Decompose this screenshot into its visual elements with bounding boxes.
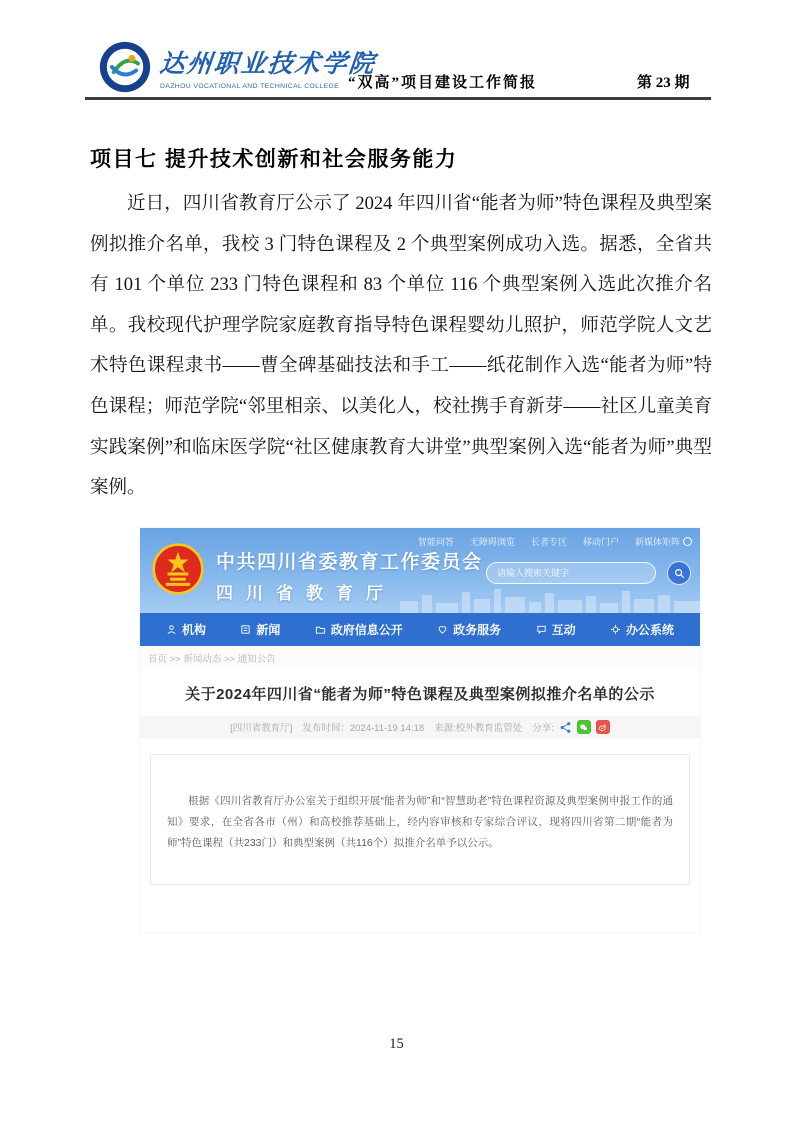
search-icon	[674, 568, 685, 579]
breadcrumb[interactable]: 首页 >> 新闻动态 >> 通知公告	[140, 646, 700, 670]
meta-origin: 来源:校外教育监管处	[434, 720, 522, 734]
site-top-links: 智能问答 无障碍浏览 长者专区 移动门户 新媒体矩阵	[418, 535, 692, 548]
nav-label: 新闻	[256, 621, 280, 638]
nav-label: 互动	[552, 621, 576, 638]
page-number: 15	[0, 1036, 793, 1053]
chat-bubble-icon	[536, 624, 547, 635]
nav-item-organization[interactable]: 机构	[166, 621, 206, 638]
nav-label: 办公系统	[626, 621, 674, 638]
site-nav-bar: 机构 新闻 政府信息公开 政务服务 互动 办公系统	[140, 613, 700, 646]
share-icon[interactable]	[559, 721, 572, 734]
city-skyline-graphic	[400, 587, 700, 613]
folder-icon	[315, 624, 326, 635]
site-header: 中共四川省委教育工作委员会 四川省教育厅 智能问答 无障碍浏览 长者专区 移动门…	[140, 528, 700, 613]
issue-number: 第 23 期	[637, 71, 690, 92]
top-link-accessibility[interactable]: 无障碍浏览	[470, 535, 515, 548]
college-brand: 达州职业技术学院 DAZHOU VOCATIONAL AND TECHNICAL…	[160, 44, 376, 90]
top-link-mobile-portal[interactable]: 移动门户	[583, 535, 619, 548]
section-title: 项目七 提升技术创新和社会服务能力	[90, 143, 457, 173]
gear-icon	[610, 624, 621, 635]
nav-label: 政务服务	[453, 621, 501, 638]
search-button[interactable]	[667, 561, 691, 585]
national-emblem-icon	[152, 543, 204, 595]
section-body-text: 近日，四川省教育厅公示了 2024 年四川省“能者为师”特色课程及典型案例拟推介…	[90, 184, 712, 509]
college-name-cn: 达州职业技术学院	[158, 44, 378, 80]
announcement-meta: [四川省教育厅] 发布时间：2024-11-19 14:18 来源:校外教育监管…	[140, 716, 700, 738]
meta-source-tag: [四川省教育厅]	[230, 720, 292, 734]
site-org-line1: 中共四川省委教育工作委员会	[216, 547, 483, 574]
top-link-new-media[interactable]: 新媒体矩阵	[635, 535, 692, 548]
announcement-title: 关于2024年四川省“能者为师”特色课程及典型案例拟推介名单的公示	[140, 683, 700, 704]
share-group: 分享:	[532, 720, 610, 734]
nav-label: 机构	[182, 621, 206, 638]
nav-label: 政府信息公开	[331, 621, 403, 638]
document-header: 达州职业技术学院 DAZHOU VOCATIONAL AND TECHNICAL…	[0, 0, 793, 100]
nav-item-gov-services[interactable]: 政务服务	[437, 621, 501, 638]
nav-item-interaction[interactable]: 互动	[536, 621, 576, 638]
weibo-share-icon[interactable]	[596, 720, 610, 734]
heart-icon	[437, 624, 448, 635]
top-link-smart-qa[interactable]: 智能问答	[418, 535, 454, 548]
top-link-new-media-label: 新媒体矩阵	[635, 535, 680, 548]
search-input[interactable]	[486, 562, 656, 584]
announcement-body: 根据《四川省教育厅办公室关于组织开展“能者为师”和“智慧助老”特色课程资源及典型…	[150, 754, 690, 885]
nav-item-gov-info[interactable]: 政府信息公开	[315, 621, 403, 638]
share-label: 分享:	[532, 720, 554, 734]
nav-item-news[interactable]: 新闻	[240, 621, 280, 638]
header-rule	[85, 97, 711, 100]
newspaper-icon	[240, 624, 251, 635]
bulletin-title: “双高”项目建设工作简报	[348, 71, 537, 92]
embedded-website-screenshot: 中共四川省委教育工作委员会 四川省教育厅 智能问答 无障碍浏览 长者专区 移动门…	[140, 528, 700, 932]
meta-publish-time: 发布时间：2024-11-19 14:18	[302, 720, 424, 734]
person-icon	[166, 624, 177, 635]
top-link-senior-zone[interactable]: 长者专区	[531, 535, 567, 548]
college-name-en: DAZHOU VOCATIONAL AND TECHNICAL COLLEGE	[160, 83, 376, 90]
new-media-icon	[683, 537, 692, 546]
wechat-share-icon[interactable]	[577, 720, 591, 734]
college-logo-icon	[99, 41, 151, 93]
nav-item-office-system[interactable]: 办公系统	[610, 621, 674, 638]
